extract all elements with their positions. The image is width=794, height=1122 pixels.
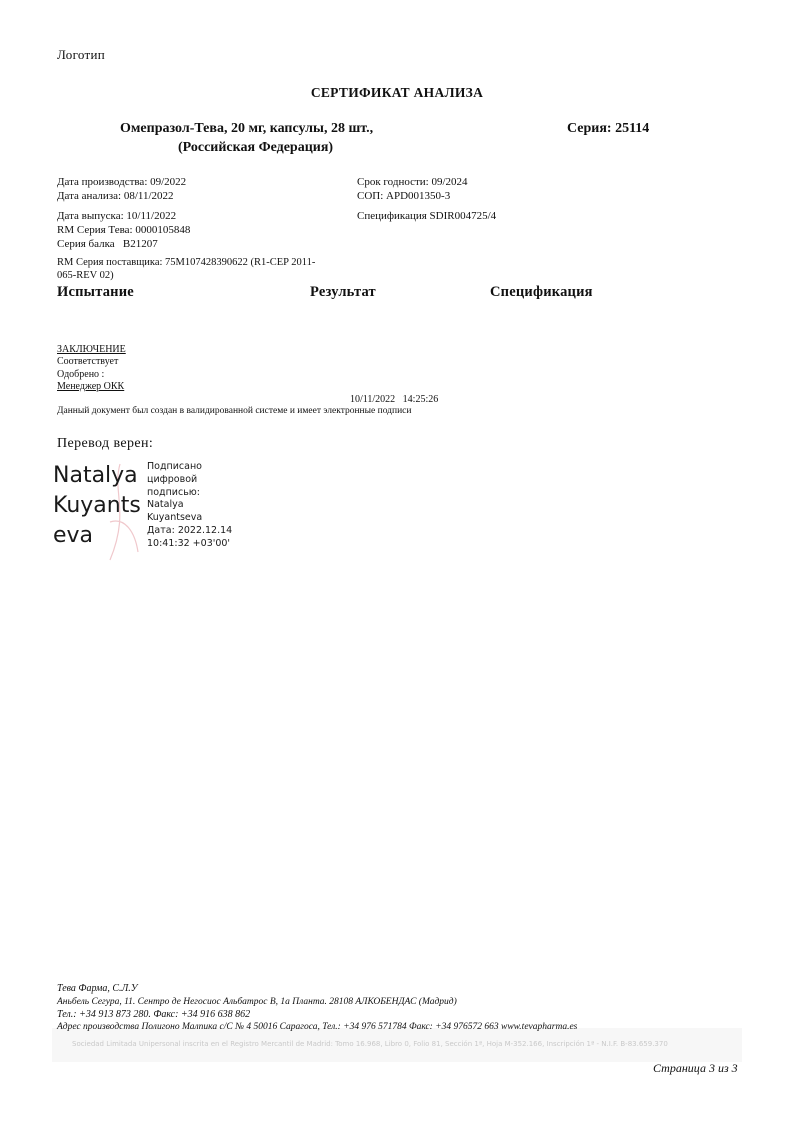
production-date: Дата производства: 09/2022 (57, 175, 186, 189)
column-header-test: Испытание (57, 284, 134, 301)
signature-info-line: Kuyantseva (147, 512, 247, 525)
signature-time: 10:41:32 +03'00' (147, 538, 247, 551)
batch-series: Серия: 25114 (567, 121, 649, 137)
signer-name-text: Natalya Kuyantseva (53, 463, 141, 548)
release-date: Дата выпуска: 10/11/2022 (57, 209, 176, 223)
footer-company: Тева Фарма, С.Л.У (57, 983, 138, 996)
sop-number: СОП: APD001350-3 (357, 189, 450, 203)
expiry-date: Срок годности: 09/2024 (357, 175, 468, 189)
footer-phones: Тел.: +34 913 873 280. Факс: +34 916 638… (57, 1009, 250, 1022)
signature-date: Дата: 2022.12.14 (147, 525, 247, 538)
bulk-series: Серия балка B21207 (57, 237, 158, 251)
logo-placeholder: Логотип (57, 47, 105, 63)
column-header-specification: Спецификация (490, 284, 593, 301)
rm-series-teva: RM Серия Тева: 0000105848 (57, 223, 190, 237)
electronic-signature-note: Данный документ был создан в валидирован… (57, 405, 411, 418)
footer-production-address: Адрес производства Полигоно Малпика с/С … (57, 1021, 577, 1034)
page-number: Страница 3 из 3 (653, 1061, 738, 1076)
conclusion-result: Соответствует (57, 355, 118, 368)
rm-supplier-series: RM Серия поставщика: 75M107428390622 (R1… (57, 256, 315, 270)
signature-info-line: Natalya (147, 499, 247, 512)
product-region: (Российская Федерация) (178, 140, 333, 156)
signature-info-line: цифровой (147, 474, 247, 487)
specification-number: Спецификация SDIR004725/4 (357, 209, 496, 223)
rm-supplier-series-cont: 065-REV 02) (57, 269, 114, 283)
digital-signature-info: Подписано цифровой подписью: Natalya Kuy… (147, 461, 247, 551)
signature-info-line: подписью: (147, 487, 247, 500)
translation-label: Перевод верен: (57, 436, 153, 452)
signature-info-line: Подписано (147, 461, 247, 474)
footer-address: Аньбель Сегура, 11. Сентро де Негосиос А… (57, 996, 457, 1009)
document-title: СЕРТИФИКАТ АНАЛИЗА (0, 85, 794, 101)
signer-name: Natalya Kuyantseva (53, 461, 143, 551)
approver-role: Менеджер ОКК (57, 380, 124, 393)
product-name: Омепразол-Тева, 20 мг, капсулы, 28 шт., (120, 121, 373, 137)
column-header-result: Результат (310, 284, 376, 301)
footer-legal-registration: Sociedad Limitada Unipersonal inscrita e… (72, 1040, 668, 1048)
analysis-date: Дата анализа: 08/11/2022 (57, 189, 174, 203)
